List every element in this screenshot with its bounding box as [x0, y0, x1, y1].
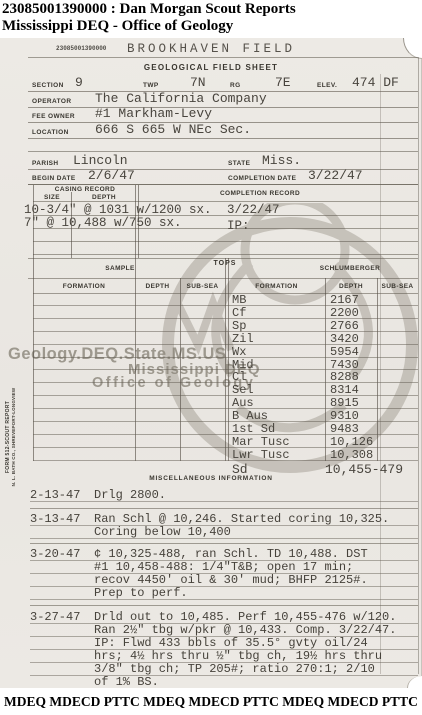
- tops-row: B Aus9310: [33, 409, 418, 422]
- rg-label: RG: [230, 82, 241, 89]
- fee-owner-row: FEE OWNER #1 Markham-Levy: [28, 107, 418, 123]
- parish-label: PARISH: [32, 160, 58, 167]
- tops-formation: Lwr Tusc: [232, 448, 290, 462]
- footer-band: MDEQ MDECD PTTC MDEQ MDECD PTTC MDEQ MDE…: [0, 688, 422, 715]
- ip-label: IP:: [227, 219, 250, 233]
- operator-label: OPERATOR: [32, 98, 71, 105]
- tops-depth: 2200: [330, 306, 359, 320]
- parish-value: Lincoln: [73, 153, 128, 168]
- tops-depth: 8915: [330, 396, 359, 410]
- tops-subsea-col: SUB-SEA: [377, 283, 418, 290]
- misc-date: 3-20-47: [30, 548, 94, 561]
- misc-text: ¢ 10,325-488, ran Schl. TD 10,488. DST: [94, 547, 368, 561]
- footer-item: MDECD: [188, 694, 239, 710]
- elev-label: ELEV.: [317, 82, 337, 89]
- misc-entry-3: 3-20-47¢ 10,325-488, ran Schl. TD 10,488…: [30, 548, 418, 600]
- twp-value: 7N: [190, 75, 206, 90]
- tops-depth: 3420: [330, 332, 359, 346]
- misc-title: MISCELLANEOUS INFORMATION: [0, 475, 422, 482]
- tops-formation: B Aus: [232, 409, 268, 423]
- sample-header: SAMPLE: [60, 265, 180, 272]
- tops-row: Zil3420: [33, 332, 418, 345]
- tops-formation: Aus: [232, 396, 254, 410]
- tops-depth: 10,126: [330, 435, 373, 449]
- operator-value: The California Company: [95, 91, 267, 106]
- band-bottom-rule: [28, 278, 418, 279]
- footer-item: MDECD: [49, 694, 100, 710]
- footer-item: MDECD: [328, 694, 379, 710]
- begin-date-value: 2/6/47: [88, 168, 135, 183]
- completion-record-title: COMPLETION RECORD: [140, 190, 380, 197]
- sample-depth-col: DEPTH: [135, 283, 180, 290]
- tops-formation: Mar Tusc: [232, 435, 290, 449]
- state-value: Miss.: [262, 153, 301, 168]
- tops-formation: Sp: [232, 319, 246, 333]
- agency-title: Mississippi DEQ - Office of Geology: [2, 18, 233, 35]
- tops-depth: 9310: [330, 409, 359, 423]
- tops-depth: 5954: [330, 345, 359, 359]
- size-depth-divider: [71, 192, 72, 258]
- viewer-header: 23085001390000 : Dan Morgan Scout Report…: [0, 0, 422, 38]
- sample-subsea-col: SUB-SEA: [180, 283, 225, 290]
- operator-row: OPERATOR The California Company: [28, 91, 418, 108]
- misc-date: 2-13-47: [30, 489, 94, 502]
- misc-line: Prep to perf.: [30, 587, 418, 600]
- misc-date: 3-13-47: [30, 513, 94, 526]
- tops-row: Sp2766: [33, 319, 418, 332]
- scan-paper: Geology.DEQ.State.MS.US Mississippi DEQ …: [0, 38, 422, 688]
- tops-formation: MB: [232, 293, 246, 307]
- section-label: SECTION: [32, 82, 64, 89]
- fee-owner-label: FEE OWNER: [32, 113, 75, 120]
- misc-line: recov 4450' oil & 30' mud; BHFP 2125#.: [30, 574, 418, 587]
- tops-formation: Cf: [232, 306, 246, 320]
- tops-row: Cf2200: [33, 306, 418, 319]
- tops-formation: 1st Sd: [232, 422, 275, 436]
- tops-row: Mid7430: [33, 358, 418, 371]
- misc-entry-4: 3-27-47Drld out to 10,485. Perf 10,455-4…: [30, 611, 418, 689]
- tops-row: Mar Tusc10,126: [33, 435, 418, 448]
- tops-depth: 8288: [330, 370, 359, 384]
- tops-depth: 7430: [330, 358, 359, 372]
- band-top-rule: [28, 258, 418, 259]
- casing-rule-1: [33, 215, 418, 216]
- scout-report-viewer: { "header": { "line1": "23085001390000 :…: [0, 0, 422, 715]
- tops-table: MB2167 Cf2200 Sp2766 Zil3420 Wx5954 Mid7…: [33, 293, 418, 461]
- casing-header-rule: [33, 201, 418, 202]
- section-value: 9: [75, 75, 83, 90]
- footer-item: MDEQ: [4, 694, 46, 710]
- misc-entry-1: 2-13-47Drlg 2800.: [30, 489, 418, 502]
- misc-text: Drlg 2800.: [94, 488, 166, 502]
- misc-rule-b: [30, 543, 418, 544]
- misc-line: Coring below 10,400: [30, 526, 418, 539]
- footer-item: PTTC: [104, 694, 140, 710]
- casing-rule-2: [33, 228, 418, 229]
- misc-entry-2: 3-13-47Ran Schl @ 10,246. Started coring…: [30, 513, 418, 539]
- misc-line: 2-13-47Drlg 2800.: [30, 489, 418, 502]
- tops-formation: Mid: [232, 358, 254, 372]
- tops-formation-col: FORMATION: [228, 283, 325, 290]
- footer-item: MDEQ: [143, 694, 185, 710]
- tops-depth: 10,308: [330, 448, 373, 462]
- tops-row: Wx5954: [33, 345, 418, 358]
- schlumberger-header: SCHLUMBERGER: [290, 265, 410, 272]
- misc-line: 3/8" tbg ch; TP 205#; ratio 270:1; 2/10: [30, 663, 418, 676]
- footer-item: PTTC: [382, 694, 418, 710]
- form-sidebar-imprint: FORM 512-SCOUT REPORT N. L. BATH CO., SH…: [5, 372, 21, 502]
- tops-formation: Wx: [232, 345, 246, 359]
- form-printer-text: N. L. BATH CO., SHREVEPORT-LONGVIEW: [11, 372, 16, 502]
- tops-depth: 2766: [330, 319, 359, 333]
- rg-value: 7E: [275, 75, 291, 90]
- tops-depth: 2167: [330, 293, 359, 307]
- well-id-title: 23085001390000 : Dan Morgan Scout Report…: [2, 1, 296, 18]
- section-row: SECTION 9 TWP 7N RG 7E ELEV. 474 DF: [28, 74, 418, 92]
- casing-depth-col-header: DEPTH: [71, 194, 137, 201]
- form-top-rule: [28, 57, 418, 58]
- tops-depth: 8314: [330, 383, 359, 397]
- misc-rule-c: [30, 605, 418, 606]
- fee-owner-value: #1 Markham-Levy: [95, 106, 212, 121]
- elev-value: 474 DF: [352, 75, 399, 90]
- casing-right-double-b: [138, 185, 139, 258]
- separator-rule: [28, 151, 418, 152]
- field-name: BROOKHAVEN FIELD: [0, 42, 422, 56]
- tops-depth: 9483: [330, 422, 359, 436]
- tops-formation: Cl: [232, 370, 246, 384]
- state-label: STATE: [228, 160, 250, 167]
- misc-text: Ran Schl @ 10,246. Started coring 10,325…: [94, 512, 389, 526]
- tops-formation: Sel: [232, 383, 254, 397]
- tops-row: Cl8288: [33, 370, 418, 383]
- tops-row: Lwr Tusc10,308: [33, 448, 418, 461]
- casing-record-title: CASING RECORD: [33, 186, 137, 193]
- footer-item: MDEQ: [282, 694, 324, 710]
- tops-row: 1st Sd9483: [33, 422, 418, 435]
- tops-row: Sel8314: [33, 383, 418, 396]
- size-col-header: SIZE: [33, 194, 71, 201]
- tops-formation: Zil: [232, 332, 254, 346]
- footer-item: PTTC: [243, 694, 279, 710]
- location-label: LOCATION: [32, 129, 69, 136]
- misc-rule-a: [30, 508, 418, 509]
- tops-row: Aus8915: [33, 396, 418, 409]
- casing-top-rule: [28, 184, 418, 185]
- dates-row: BEGIN DATE 2/6/47 COMPLETION DATE 3/22/4…: [28, 169, 418, 185]
- location-row: LOCATION 666 S 665 W NEc Sec.: [28, 122, 418, 139]
- completion-date-value: 3/22/47: [308, 168, 363, 183]
- casing-rule-3: [33, 241, 418, 242]
- twp-label: TWP: [143, 82, 159, 89]
- misc-date: 3-27-47: [30, 611, 94, 624]
- begin-date-label: BEGIN DATE: [32, 175, 76, 182]
- tops-row: MB2167: [33, 293, 418, 306]
- tops-depth-col: DEPTH: [325, 283, 377, 290]
- completion-date-label: COMPLETION DATE: [228, 175, 296, 182]
- sample-formation-col: FORMATION: [33, 283, 135, 290]
- misc-text: Drld out to 10,485. Perf 10,455-476 w/12…: [94, 610, 396, 624]
- sheet-title: GEOLOGICAL FIELD SHEET: [0, 63, 422, 72]
- location-value: 666 S 665 W NEc Sec.: [95, 122, 251, 137]
- casing-rule-4: [33, 254, 418, 255]
- form-right-rule: [418, 57, 419, 674]
